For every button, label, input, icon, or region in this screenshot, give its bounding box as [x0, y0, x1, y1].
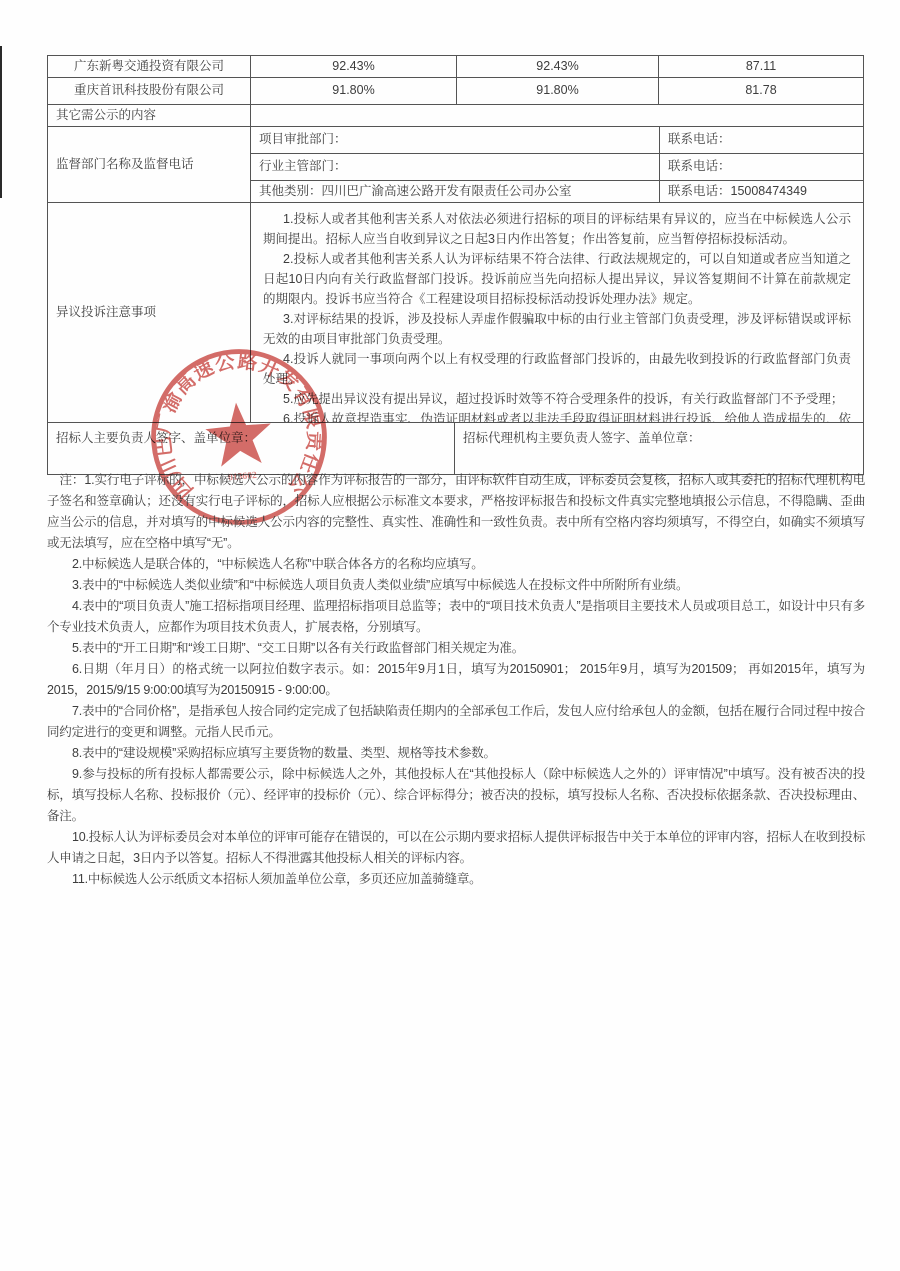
candidate-name-cell: 重庆首讯科技股份有限公司	[48, 78, 250, 104]
contact-phone-cell: 联系电话：15008474349	[659, 181, 863, 202]
tender-publicity-table: 广东新粤交通投资有限公司 92.43% 92.43% 87.11 重庆首讯科技股…	[47, 55, 864, 475]
objection-paragraph: 1.投标人或者其他利害关系人对依法必须进行招标的项目的评标结果有异议的，应当在中…	[263, 209, 851, 249]
note-item: 10.投标人认为评标委员会对本单位的评审可能存在错误的，可以在公示期内要求招标人…	[47, 827, 865, 869]
candidate-score-cell: 92.43%	[250, 56, 456, 77]
objection-label: 异议投诉注意事项	[48, 203, 250, 422]
agency-signature-cell: 招标代理机构主要负责人签字、盖单位章：	[454, 423, 863, 474]
other-content-label: 其它需公示的内容	[48, 105, 250, 126]
objection-paragraph: 2.投标人或者其他利害关系人认为评标结果不符合法律、行政法规规定的，可以自知道或…	[263, 249, 851, 309]
candidate-score-cell: 91.80%	[456, 78, 658, 104]
tenderer-signature-cell: 招标人主要负责人签字、盖单位章：	[48, 423, 454, 474]
objection-paragraph: 5.应先提出异议没有提出异议，超过投诉时效等不符合受理条件的投诉，有关行政监督部…	[263, 389, 851, 409]
scan-edge-artifact	[0, 46, 2, 198]
objection-row: 异议投诉注意事项 1.投标人或者其他利害关系人对依法必须进行招标的项目的评标结果…	[48, 202, 863, 422]
objection-paragraph: 3.对评标结果的投诉，涉及投标人弄虚作假骗取中标的由行业主管部门负责受理，涉及评…	[263, 309, 851, 349]
note-item: 2.中标候选人是联合体的，“中标候选人名称”中联合体各方的名称均应填写。	[47, 554, 865, 575]
contact-phone-cell: 联系电话：	[659, 154, 863, 180]
candidate-score-cell: 81.78	[658, 78, 863, 104]
note-item: 8.表中的“建设规模”采购招标应填写主要货物的数量、类型、规格等技术参数。	[47, 743, 865, 764]
objection-paragraph: 4.投诉人就同一事项向两个以上有权受理的行政监督部门投诉的，由最先收到投诉的行政…	[263, 349, 851, 389]
supervision-sub-table: 项目审批部门： 联系电话： 行业主管部门： 联系电话： 其他类别：四川巴广渝高速…	[250, 127, 863, 202]
note-item: 注：1.实行电子评标的，中标候选人公示的内容作为评标报告的一部分，由评标软件自动…	[47, 470, 865, 554]
other-content-value	[250, 105, 863, 126]
note-item: 5.表中的“开工日期”和“竣工日期”、“交工日期”以各有关行政监督部门相关规定为…	[47, 638, 865, 659]
supervision-label: 监督部门名称及监督电话	[48, 127, 250, 202]
note-item: 11.中标候选人公示纸质文本招标人须加盖单位公章，多页还应加盖骑缝章。	[47, 869, 865, 890]
candidate-row: 广东新粤交通投资有限公司 92.43% 92.43% 87.11	[48, 56, 863, 77]
candidate-score-cell: 87.11	[658, 56, 863, 77]
contact-phone-cell: 联系电话：	[659, 127, 863, 153]
notes-section: 注：1.实行电子评标的，中标候选人公示的内容作为评标报告的一部分，由评标软件自动…	[47, 470, 865, 890]
note-item: 4.表中的“项目负责人”施工招标指项目经理、监理招标指项目总监等；表中的“项目技…	[47, 596, 865, 638]
objection-paragraph: 6.投诉人故意捏造事实、伪造证明材料或者以非法手段取得证明材料进行投诉，给他人造…	[263, 409, 851, 422]
candidate-name-cell: 广东新粤交通投资有限公司	[48, 56, 250, 77]
candidate-score-cell: 92.43%	[456, 56, 658, 77]
candidate-row: 重庆首讯科技股份有限公司 91.80% 91.80% 81.78	[48, 77, 863, 104]
approval-dept-cell: 项目审批部门：	[251, 127, 659, 153]
note-item: 6.日期（年月日）的格式统一以阿拉伯数字表示。如：2015年9月1日，填写为20…	[47, 659, 865, 701]
scanned-document-page: 广东新粤交通投资有限公司 92.43% 92.43% 87.11 重庆首讯科技股…	[0, 0, 900, 1271]
note-item: 7.表中的“合同价格”，是指承包人按合同约定完成了包括缺陷责任期内的全部承包工作…	[47, 701, 865, 743]
note-item: 9.参与投标的所有投标人都需要公示，除中标候选人之外，其他投标人在“其他投标人（…	[47, 764, 865, 827]
other-category-cell: 其他类别：四川巴广渝高速公路开发有限责任公司办公室	[251, 181, 659, 202]
objection-content: 1.投标人或者其他利害关系人对依法必须进行招标的项目的评标结果有异议的，应当在中…	[250, 203, 863, 422]
candidate-score-cell: 91.80%	[250, 78, 456, 104]
supervision-sub-row: 其他类别：四川巴广渝高速公路开发有限责任公司办公室 联系电话：150084743…	[251, 180, 863, 202]
supervision-row: 监督部门名称及监督电话 项目审批部门： 联系电话： 行业主管部门： 联系电话： …	[48, 126, 863, 202]
other-content-row: 其它需公示的内容	[48, 104, 863, 126]
signature-row: 招标人主要负责人签字、盖单位章： 招标代理机构主要负责人签字、盖单位章：	[48, 422, 863, 474]
note-item: 3.表中的“中标候选人类似业绩”和“中标候选人项目负责人类似业绩”应填写中标候选…	[47, 575, 865, 596]
supervision-sub-row: 行业主管部门： 联系电话：	[251, 153, 863, 180]
industry-dept-cell: 行业主管部门：	[251, 154, 659, 180]
supervision-sub-row: 项目审批部门： 联系电话：	[251, 127, 863, 153]
